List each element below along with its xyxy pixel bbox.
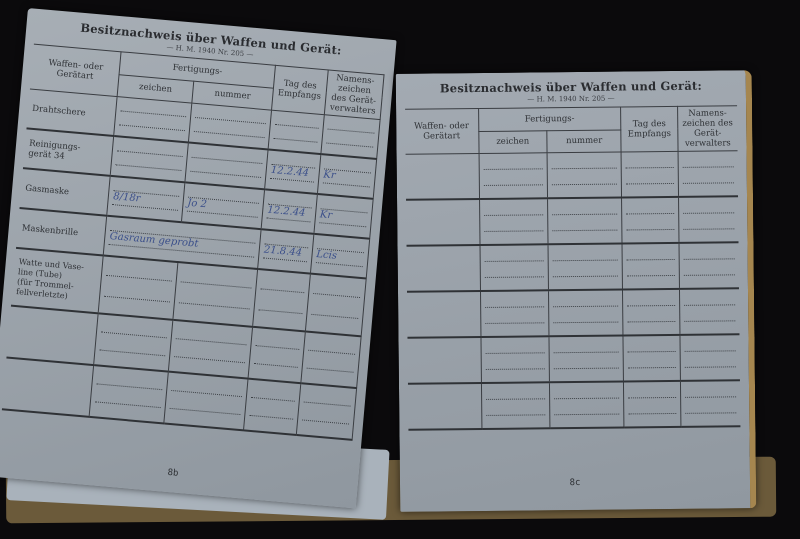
signature-cell	[678, 151, 738, 197]
item-cell	[406, 154, 480, 200]
signature-cell	[680, 380, 740, 427]
item-cell	[407, 337, 481, 384]
table-row	[407, 288, 739, 337]
number-cell	[548, 244, 623, 291]
header-item: Waffen- oder Gerätart	[30, 44, 121, 96]
number-cell	[164, 372, 249, 431]
equipment-table: Waffen- oder Gerätart Fertigungs- Tag de…	[2, 44, 385, 441]
number-cell	[550, 382, 625, 429]
table-row	[407, 242, 739, 291]
mark-cell	[111, 136, 189, 182]
date-cell	[248, 327, 305, 383]
signature-cell	[321, 115, 380, 159]
header-item: Waffen- oder Gerätart	[405, 109, 478, 155]
signature-cell: Kr	[314, 194, 374, 239]
mark-cell	[481, 336, 550, 383]
header-number: nummer	[547, 130, 621, 153]
date-cell: 12.2.44	[265, 149, 321, 193]
number-cell	[549, 290, 624, 337]
date-cell	[622, 197, 679, 244]
number-cell	[547, 152, 622, 198]
mark-cell	[479, 153, 548, 199]
date-cell	[623, 289, 680, 336]
date-cell	[622, 243, 679, 290]
item-cell	[6, 306, 98, 365]
signature-cell	[680, 334, 740, 381]
item-cell	[2, 357, 94, 416]
number-cell	[173, 262, 258, 327]
item-cell	[407, 291, 481, 338]
mark-cell	[99, 256, 178, 320]
signature-cell	[678, 196, 738, 243]
signature-cell: Kr	[317, 154, 377, 199]
left-page: Besitznachweis über Waffen und Gerät: — …	[0, 8, 397, 508]
number-cell	[548, 198, 623, 245]
signature-cell	[679, 242, 739, 289]
header-signature: Namens- zeichen des Gerät- verwalters	[677, 106, 737, 152]
header-mark: zeichen	[478, 130, 547, 153]
table-row	[407, 334, 739, 383]
item-cell	[408, 383, 482, 430]
mark-cell	[479, 198, 548, 245]
number-cell	[549, 336, 624, 383]
signature-cell	[679, 288, 739, 335]
header-signature: Namens- zeichen des Gerät- verwalters	[324, 70, 384, 120]
item-cell: Watte und Vase- line (Tube) (für Trommel…	[11, 248, 104, 313]
mark-cell	[94, 313, 173, 371]
item-cell	[407, 245, 481, 292]
date-cell	[244, 379, 301, 435]
table-row	[408, 380, 740, 429]
table-row	[406, 151, 738, 200]
mark-cell	[480, 244, 549, 291]
date-cell	[268, 110, 324, 154]
mark-cell	[481, 382, 550, 429]
number-cell	[185, 142, 269, 189]
signature-cell	[305, 274, 366, 337]
header-date: Tag des Empfangs	[272, 65, 328, 114]
table-row	[406, 196, 738, 245]
mark-cell: 8/18r	[107, 176, 185, 222]
header-date: Tag des Empfangs	[621, 106, 678, 152]
date-cell	[253, 269, 311, 331]
page-number: 8c	[400, 476, 750, 490]
right-page: Besitznachweis über Waffen und Gerät: — …	[396, 70, 757, 512]
item-cell	[406, 199, 480, 246]
signature-cell	[296, 383, 357, 440]
number-cell	[168, 320, 253, 379]
header-manufacture: Fertigungs-	[478, 107, 621, 131]
date-cell: 12.2.44	[261, 189, 317, 233]
number-cell: Jo 2	[181, 182, 265, 229]
date-cell: 21.8.44	[258, 229, 314, 273]
date-cell	[624, 381, 681, 428]
equipment-table: Waffen- oder Gerätart Fertigungs- Tag de…	[405, 105, 740, 430]
mark-cell	[480, 290, 549, 337]
number-cell	[188, 103, 271, 149]
mark-cell	[89, 365, 168, 423]
date-cell	[623, 335, 680, 382]
date-cell	[621, 151, 678, 197]
signature-cell: Lcis	[310, 234, 370, 279]
mark-cell	[114, 97, 192, 143]
signature-cell	[301, 331, 362, 388]
